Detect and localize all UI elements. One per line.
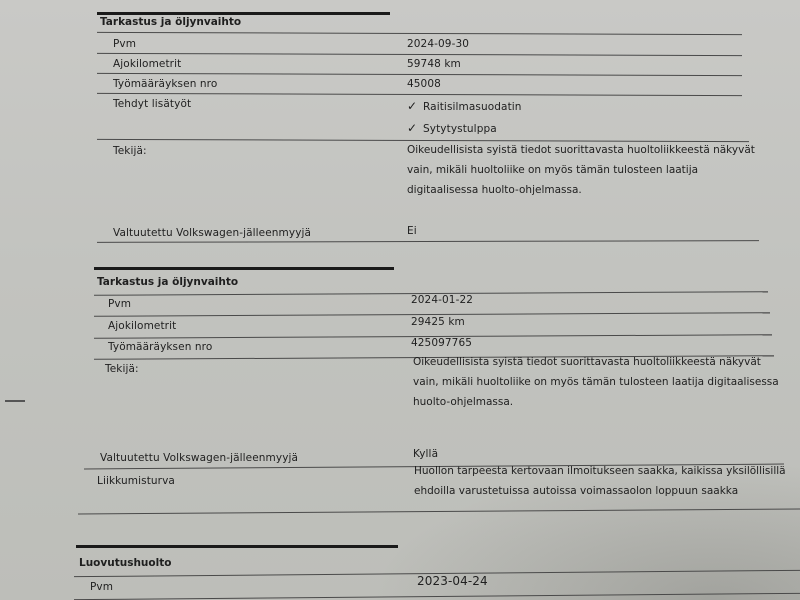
section-divider <box>76 545 398 548</box>
maker-value: Oikeudellisista syistä tiedot suorittava… <box>407 140 767 200</box>
dealer-value: Ei <box>407 225 417 237</box>
section-title: Tarkastus ja öljynvaihto <box>100 16 241 28</box>
row-rule <box>97 240 759 243</box>
section-title: Tarkastus ja öljynvaihto <box>97 276 238 288</box>
km-value: 29425 km <box>411 316 465 328</box>
order-value: 45008 <box>407 78 441 90</box>
maker-label: Tekijä: <box>105 363 139 375</box>
extra-work-item: ✓Sytytystulppa <box>407 121 497 135</box>
date-label: Pvm <box>90 581 113 593</box>
section-divider <box>94 267 394 270</box>
order-label: Työmääräyksen nro <box>113 78 217 90</box>
date-label: Pvm <box>113 38 136 50</box>
date-label: Pvm <box>108 298 131 310</box>
order-label: Työmääräyksen nro <box>108 341 212 353</box>
km-label: Ajokilometrit <box>108 320 176 332</box>
mobility-label: Liikkumisturva <box>97 475 175 487</box>
extra-work-label: Tehdyt lisätyöt <box>113 98 191 110</box>
dealer-label: Valtuutettu Volkswagen-jälleenmyyjä <box>100 452 298 464</box>
section-title: Luovutushuolto <box>79 557 171 569</box>
dealer-value: Kyllä <box>413 448 438 460</box>
dealer-label: Valtuutettu Volkswagen-jälleenmyyjä <box>113 227 311 239</box>
check-icon: ✓ <box>407 99 421 113</box>
mobility-value: Huollon tarpeesta kertovaan ilmoitukseen… <box>414 461 794 501</box>
date-value: 2024-01-22 <box>411 294 473 306</box>
service-record-page: Tarkastus ja öljynvaihto Pvm 2024-09-30 … <box>0 0 800 600</box>
extra-work-text: Raitisilmasuodatin <box>423 101 522 113</box>
date-value: 2024-09-30 <box>407 38 469 50</box>
km-value: 59748 km <box>407 58 461 70</box>
section-divider <box>97 12 390 15</box>
order-value: 425097765 <box>411 337 472 349</box>
row-rule <box>97 73 742 76</box>
row-rule <box>97 93 742 96</box>
maker-value: Oikeudellisista syistä tiedot suorittava… <box>413 352 783 412</box>
extra-work-text: Sytytystulppa <box>423 123 497 135</box>
margin-mark <box>5 400 25 402</box>
row-rule <box>97 32 742 35</box>
maker-label: Tekijä: <box>113 145 147 157</box>
km-label: Ajokilometrit <box>113 58 181 70</box>
row-rule <box>97 53 742 56</box>
date-value: 2023-04-24 <box>417 574 488 588</box>
extra-work-item: ✓Raitisilmasuodatin <box>407 99 522 113</box>
check-icon: ✓ <box>407 121 421 135</box>
